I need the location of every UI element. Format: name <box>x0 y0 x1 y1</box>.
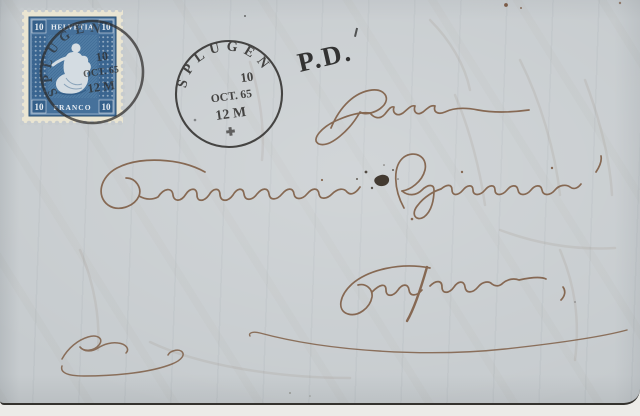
stamp-value-bottom-right: 10 <box>102 102 112 112</box>
pd-label: P.D. <box>295 36 355 78</box>
paper-showthrough-marks <box>80 20 615 378</box>
address-line1-herren <box>316 90 529 145</box>
flourish-underline <box>250 330 627 353</box>
docket-fco <box>62 336 184 376</box>
svg-text:10: 10 <box>95 49 109 65</box>
ink-blot <box>356 164 399 189</box>
stamp-value-bottom-left: 10 <box>35 102 45 112</box>
swiss-cross-icon <box>226 127 236 137</box>
cds-center-time: 12 M <box>215 105 248 124</box>
postal-cover-scan: 10 10 10 10 HELVETIA FRANCO <box>0 0 640 416</box>
svg-text:SPLUGEN: SPLUGEN <box>170 33 277 92</box>
address-line3-town <box>341 266 565 321</box>
cds-center-day: 10 <box>239 69 254 86</box>
pd-handstamp: P.D. <box>293 28 365 78</box>
stamp-value-top-left: 10 <box>35 22 45 32</box>
address-line2-name <box>101 154 601 220</box>
marks-overlay: 10 10 10 10 HELVETIA FRANCO <box>0 0 640 416</box>
cds-center-date: OCT. 65 <box>210 88 253 106</box>
cds-splugen-center: SPLUGEN 10 OCT. 65 12 M <box>169 32 289 154</box>
cds-center-town: SPLUGEN <box>170 33 277 92</box>
